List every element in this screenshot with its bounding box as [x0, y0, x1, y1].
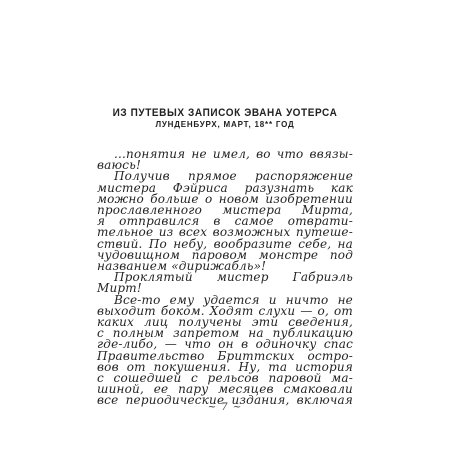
paragraph: Получив прямое распоряжениемистера Фэйри…: [97, 171, 353, 272]
paragraph: Проклятый мистер Габриэль Мирт!: [97, 272, 353, 294]
chapter-subtitle: ЛУНДЕНБУРХ, МАРТ, 18** ГОД: [0, 120, 450, 131]
chapter-title: ИЗ ПУТЕВЫХ ЗАПИСОК ЭВАНА УОТЕРСА: [0, 106, 450, 120]
page-number: ~ 7 ~: [208, 402, 242, 413]
body-text: ...понятия не имел, во что ввязы-ваюсь!П…: [97, 149, 353, 407]
text-line: Проклятый мистер Габриэль Мирт!: [97, 272, 353, 294]
page-footer: ~ 7 ~: [0, 402, 450, 413]
paragraph: Все-то ему удается и ничто невыходит бок…: [97, 295, 353, 407]
book-page: ИЗ ПУТЕВЫХ ЗАПИСОК ЭВАНА УОТЕРСА ЛУНДЕНБ…: [0, 0, 450, 450]
paragraph: ...понятия не имел, во что ввязы-ваюсь!: [97, 149, 353, 171]
chapter-header: ИЗ ПУТЕВЫХ ЗАПИСОК ЭВАНА УОТЕРСА ЛУНДЕНБ…: [0, 107, 450, 130]
